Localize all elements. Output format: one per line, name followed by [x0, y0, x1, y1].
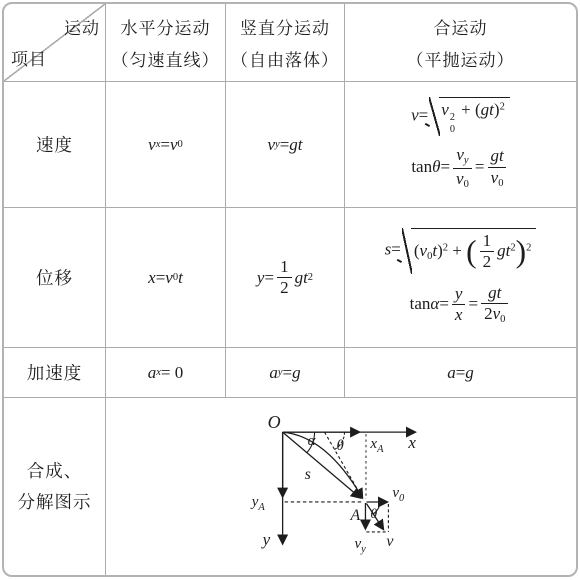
- label-x-axis: x: [407, 433, 416, 452]
- header-combined-motion: 合运动 （平抛运动）: [344, 4, 576, 81]
- formula-y: y=12gt2: [225, 207, 344, 347]
- physics-table: 运动 项目 水平分运动 （匀速直线） 竖直分运动 （自由落体） 合运动 （平抛运…: [2, 2, 578, 577]
- row-label-displacement: 位移: [4, 207, 105, 347]
- corner-label-item: 项目: [11, 45, 47, 70]
- formula-a: a = g: [344, 347, 576, 397]
- projectile-diagram: O x xA α θ s yA A y v0 θ vy v: [105, 397, 576, 575]
- label-theta-top: θ: [337, 438, 344, 454]
- formula-ax: ax = 0: [105, 347, 225, 397]
- header-line: （平抛运动）: [407, 46, 515, 71]
- header-line: 水平分运动: [121, 14, 211, 39]
- formula-v-angle: tanθ=vyv0=gtv0: [411, 145, 509, 192]
- row-label-acceleration: 加速度: [4, 347, 105, 397]
- label-y-axis: y: [261, 530, 271, 549]
- cell-displacement-combined: s=(v0t)2 + (12gt2)2 tanα=yx=gt2v0: [344, 207, 576, 347]
- formula-vy: vy = gt: [225, 81, 344, 207]
- formula-ay: ay = g: [225, 347, 344, 397]
- displacement-vector-s: [283, 432, 361, 498]
- formula-vx: vx = v0: [105, 81, 225, 207]
- diagram-label-line1: 合成、: [27, 456, 83, 487]
- label-v: v: [386, 533, 394, 550]
- row-label-velocity: 速度: [4, 81, 105, 207]
- label-theta-A: θ: [370, 507, 377, 522]
- formula-s-magnitude: s=(v0t)2 + (12gt2)2: [385, 228, 537, 274]
- label-origin-O: O: [268, 412, 281, 432]
- label-vy: vy: [354, 536, 366, 555]
- header-vertical-motion: 竖直分运动 （自由落体）: [225, 4, 344, 81]
- header-horizontal-motion: 水平分运动 （匀速直线）: [105, 4, 225, 81]
- projectile-diagram-svg: O x xA α θ s yA A y v0 θ vy v: [106, 398, 576, 575]
- header-line: （自由落体）: [231, 46, 339, 71]
- formula-v-magnitude: v=v20 + (gt)2: [411, 97, 510, 136]
- label-xA: xA: [369, 436, 384, 455]
- formula-x: x = v0t: [105, 207, 225, 347]
- header-line: （匀速直线）: [112, 46, 220, 71]
- header-line: 竖直分运动: [240, 14, 330, 39]
- header-line: 合运动: [434, 14, 488, 39]
- corner-label-motion: 运动: [64, 14, 100, 39]
- label-alpha: α: [308, 433, 317, 449]
- formula-s-angle: tanα=yx=gt2v0: [410, 283, 512, 327]
- header-corner-cell: 运动 项目: [4, 4, 105, 81]
- label-v0: v0: [392, 485, 405, 504]
- cell-velocity-combined: v=v20 + (gt)2 tanθ=vyv0=gtv0: [344, 81, 576, 207]
- diagram-label-line2: 分解图示: [18, 487, 92, 518]
- label-yA: yA: [250, 494, 266, 513]
- label-A: A: [349, 507, 360, 524]
- label-s: s: [305, 466, 311, 483]
- row-label-diagram: 合成、 分解图示: [4, 397, 105, 575]
